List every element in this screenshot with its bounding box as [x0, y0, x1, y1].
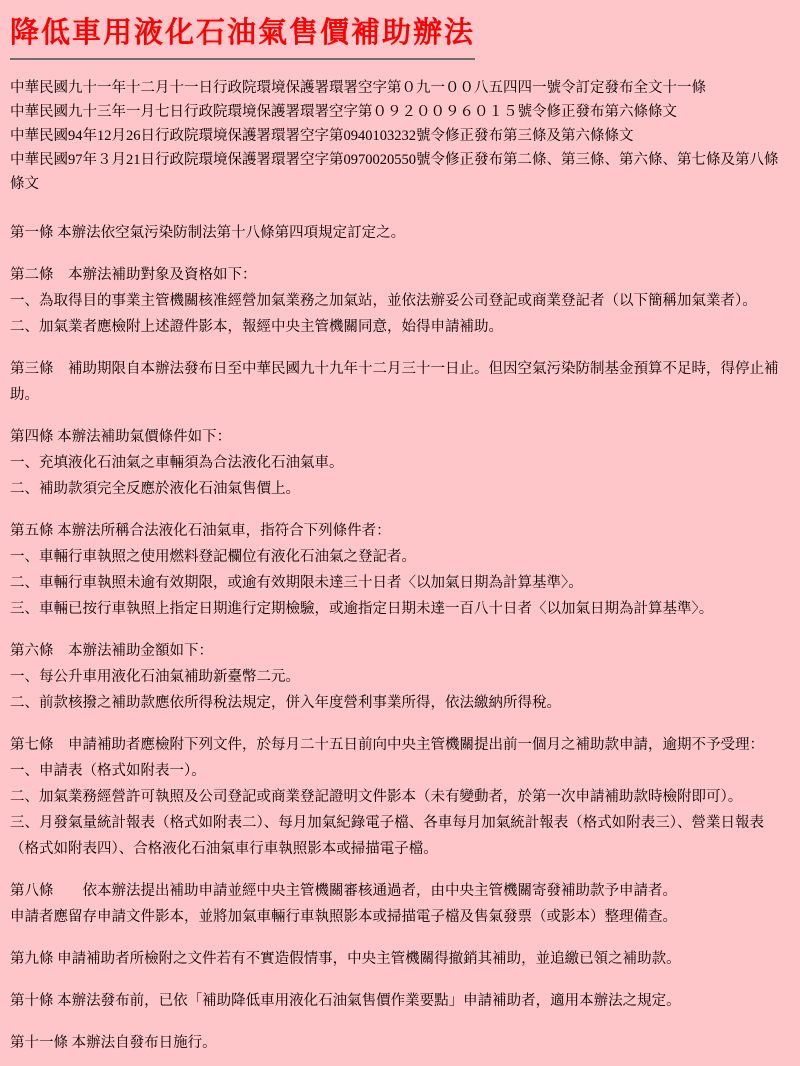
article-line: 三、車輛已按行車執照上指定日期進行定期檢驗，或逾指定日期未達一百八十日者〈以加氣…: [10, 596, 790, 622]
article-11: 第十一條 本辦法自發布日施行。: [10, 1030, 790, 1056]
amendment-history-line: 中華民國九十一年十二月十一日行政院環境保護署環署空字第０九一００八五四四一號令訂…: [10, 76, 790, 100]
article-9: 第九條 申請補助者所檢附之文件若有不實造假情事，中央主管機關得撤銷其補助，並追繳…: [10, 946, 790, 972]
article-7: 第七條 申請補助者應檢附下列文件，於每月二十五日前向中央主管機關提出前一個月之補…: [10, 732, 790, 862]
article-line: 一、為取得目的事業主管機關核准經營加氣業務之加氣站，並依法辦妥公司登記或商業登記…: [10, 288, 790, 314]
article-5: 第五條 本辦法所稱合法液化石油氣車，指符合下列條件者： 一、車輛行車執照之使用燃…: [10, 518, 790, 622]
article-line: 二、加氣業務經營許可執照及公司登記或商業登記證明文件影本（未有變動者，於第一次申…: [10, 784, 790, 810]
article-3: 第三條 補助期限自本辦法發布日至中華民國九十九年十二月三十一日止。但因空氣污染防…: [10, 356, 790, 408]
article-line: 第五條 本辦法所稱合法液化石油氣車，指符合下列條件者：: [10, 518, 790, 544]
article-line: 一、申請表（格式如附表一）。: [10, 758, 790, 784]
article-line: 一、充填液化石油氣之車輛須為合法液化石油氣車。: [10, 450, 790, 476]
amendment-history: 中華民國九十一年十二月十一日行政院環境保護署環署空字第０九一００八五四四一號令訂…: [10, 76, 790, 196]
article-line: 二、前款核撥之補助款應依所得稅法規定，併入年度營利事業所得，依法繳納所得稅。: [10, 690, 790, 716]
article-line: 二、加氣業者應檢附上述證件影本，報經中央主管機關同意，始得申請補助。: [10, 314, 790, 340]
article-line: 申請者應留存申請文件影本，並將加氣車輛行車執照影本或掃描電子檔及售氣發票（或影本…: [10, 904, 790, 930]
article-line: 第七條 申請補助者應檢附下列文件，於每月二十五日前向中央主管機關提出前一個月之補…: [10, 732, 790, 758]
article-8: 第八條 依本辦法提出補助申請並經中央主管機關審核通過者，由中央主管機關寄發補助款…: [10, 878, 790, 930]
article-line: 一、每公升車用液化石油氣補助新臺幣二元。: [10, 664, 790, 690]
amendment-history-line: 中華民國97年３月21日行政院環境保護署環署空字第0970020550號令修正發…: [10, 148, 790, 196]
articles-body: 第一條 本辦法依空氣污染防制法第十八條第四項規定訂定之。 第二條 本辦法補助對象…: [10, 220, 790, 1056]
article-line: 一、車輛行車執照之使用燃料登記欄位有液化石油氣之登記者。: [10, 544, 790, 570]
article-line: 第十條 本辦法發布前，已依「補助降低車用液化石油氣售價作業要點」申請補助者，適用…: [10, 988, 790, 1014]
article-line: 第三條 補助期限自本辦法發布日至中華民國九十九年十二月三十一日止。但因空氣污染防…: [10, 356, 790, 408]
article-line: 第四條 本辦法補助氣價條件如下：: [10, 424, 790, 450]
article-line: 第八條 依本辦法提出補助申請並經中央主管機關審核通過者，由中央主管機關寄發補助款…: [10, 878, 790, 904]
document-page: 降低車用液化石油氣售價補助辦法 中華民國九十一年十二月十一日行政院環境保護署環署…: [0, 0, 800, 1066]
article-line: 第一條 本辦法依空氣污染防制法第十八條第四項規定訂定之。: [10, 220, 790, 246]
article-2: 第二條 本辦法補助對象及資格如下： 一、為取得目的事業主管機關核准經營加氣業務之…: [10, 262, 790, 340]
article-line: 第九條 申請補助者所檢附之文件若有不實造假情事，中央主管機關得撤銷其補助，並追繳…: [10, 946, 790, 972]
article-line: 第二條 本辦法補助對象及資格如下：: [10, 262, 790, 288]
article-line: 第十一條 本辦法自發布日施行。: [10, 1030, 790, 1056]
article-6: 第六條 本辦法補助金額如下： 一、每公升車用液化石油氣補助新臺幣二元。 二、前款…: [10, 638, 790, 716]
page-title: 降低車用液化石油氣售價補助辦法: [10, 8, 475, 60]
article-line: 第六條 本辦法補助金額如下：: [10, 638, 790, 664]
article-1: 第一條 本辦法依空氣污染防制法第十八條第四項規定訂定之。: [10, 220, 790, 246]
amendment-history-line: 中華民國九十三年一月七日行政院環境保護署環署空字第０９２００９６０１５號令修正發…: [10, 100, 790, 124]
article-line: 三、月發氣量統計報表（格式如附表二）、每月加氣紀錄電子檔、各車每月加氣統計報表（…: [10, 810, 790, 862]
amendment-history-line: 中華民國94年12月26日行政院環境保護署環署空字第0940103232號令修正…: [10, 124, 790, 148]
article-line: 二、補助款須完全反應於液化石油氣售價上。: [10, 476, 790, 502]
article-4: 第四條 本辦法補助氣價條件如下： 一、充填液化石油氣之車輛須為合法液化石油氣車。…: [10, 424, 790, 502]
article-10: 第十條 本辦法發布前，已依「補助降低車用液化石油氣售價作業要點」申請補助者，適用…: [10, 988, 790, 1014]
article-line: 二、車輛行車執照未逾有效期限，或逾有效期限未達三十日者〈以加氣日期為計算基準〉。: [10, 570, 790, 596]
